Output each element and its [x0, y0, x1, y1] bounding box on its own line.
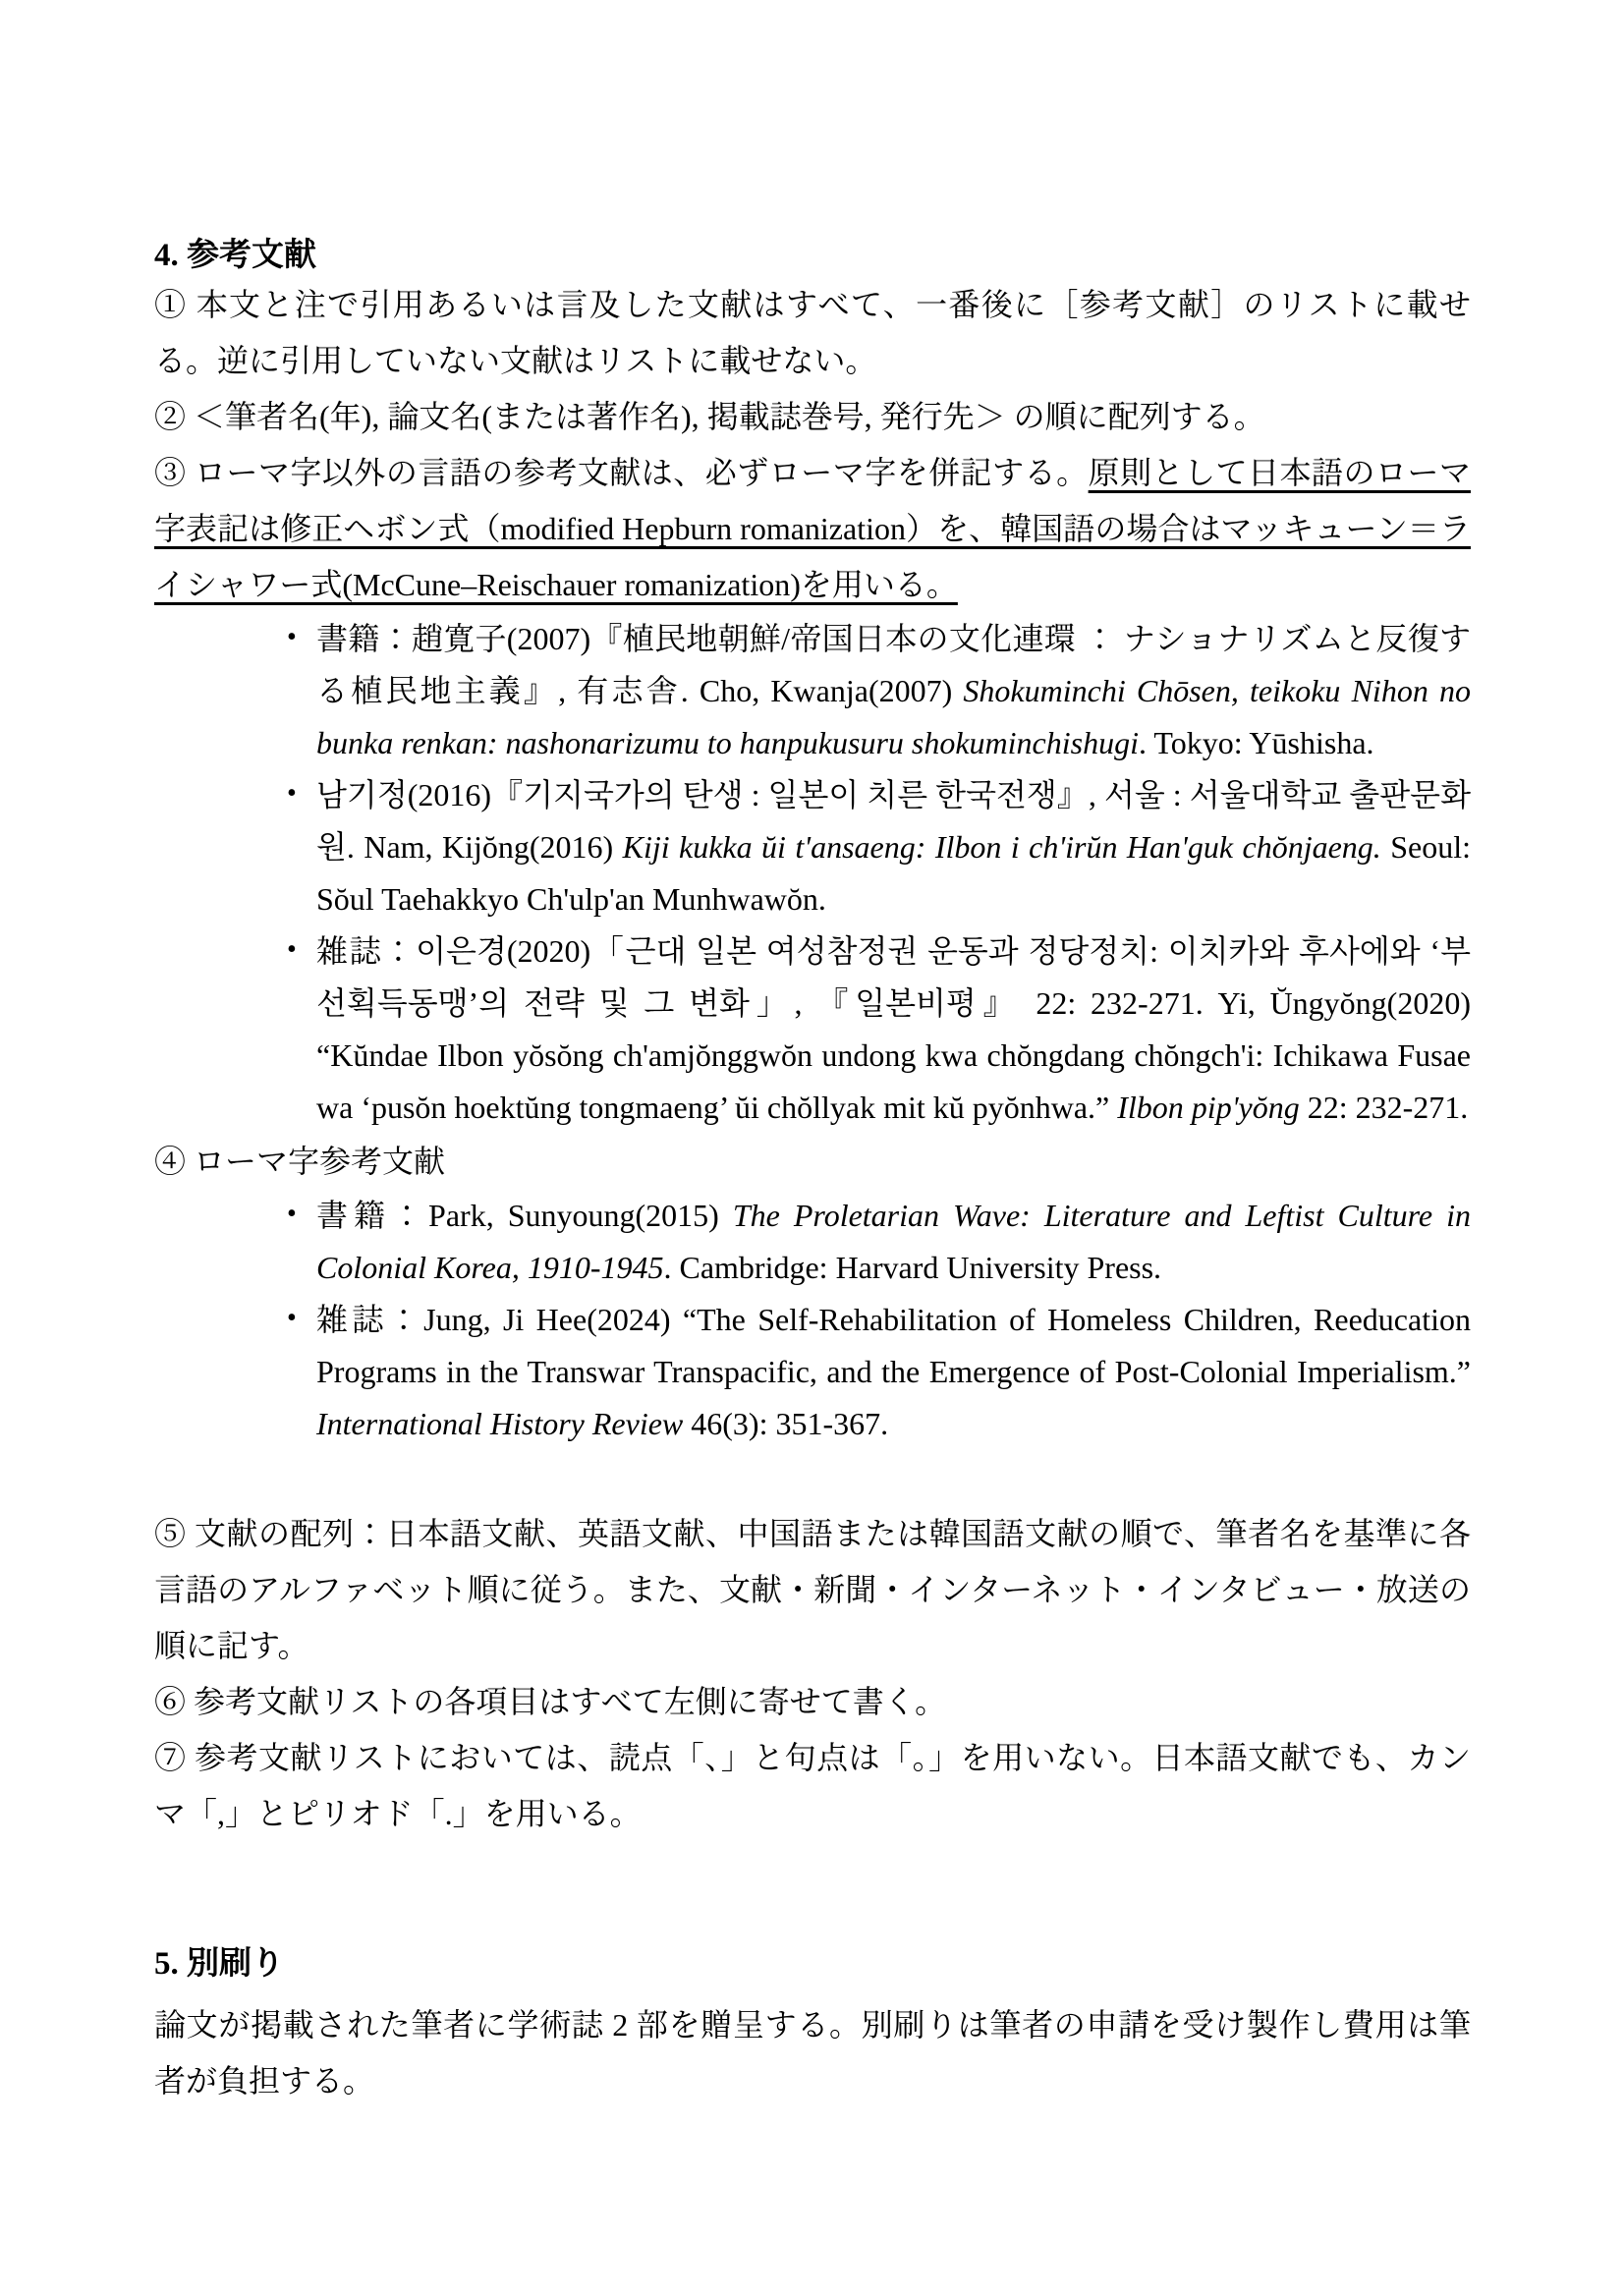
ref-post: . Cambridge: Harvard University Press.	[663, 1250, 1161, 1285]
ref-post: 22: 232-271.	[1300, 1090, 1469, 1125]
offprints-body: 論文が掲載された筆者に学術誌 2 部を贈呈する。別刷りは筆者の申請を受け製作し費…	[154, 1997, 1471, 2109]
rule-item-1: ① 本文と注で引用あるいは言及した文献はすべて、一番後に［参考文献］のリストに載…	[154, 277, 1471, 389]
section-offprints: 5. 別刷り 論文が掲載された筆者に学術誌 2 部を贈呈する。別刷りは筆者の申請…	[154, 1942, 1471, 2109]
rule-item-3-text: ③ ローマ字以外の言語の参考文献は、必ずローマ字を併記する。	[154, 455, 1089, 490]
ref-title-italic: Kiji kukka ŭi t'ansaeng: Ilbon i ch'irŭn…	[623, 829, 1381, 865]
rule-item-7: ⑦ 参考文献リストにおいては、読点「、」と句点は「。」を用いない。日本語文献でも…	[154, 1730, 1471, 1842]
bullet-icon: •	[287, 1292, 297, 1344]
rule-item-3: ③ ローマ字以外の言語の参考文献は、必ずローマ字を併記する。原則として日本語のロ…	[154, 445, 1471, 613]
section-references: 4. 参考文献 ① 本文と注で引用あるいは言及した文献はすべて、一番後に［参考文…	[154, 234, 1471, 1842]
bullet-icon: •	[287, 611, 297, 663]
bullet-icon: •	[287, 767, 297, 819]
reference-item-book-kr: •남기정(2016)『기지국가의 탄생 : 일본이 치른 한국전쟁』, 서울 :…	[154, 769, 1471, 925]
reference-item-book-en: •書籍：Park, Sunyoung(2015) The Proletarian…	[154, 1190, 1471, 1294]
page: 4. 参考文献 ① 本文と注で引用あるいは言及した文献はすべて、一番後に［参考文…	[0, 0, 1624, 2295]
bullet-icon: •	[287, 924, 297, 976]
section-4-heading: 4. 参考文献	[154, 234, 1471, 277]
bullet-icon: •	[287, 1188, 297, 1240]
rule-item-6: ⑥ 参考文献リストの各項目はすべて左側に寄せて書く。	[154, 1674, 1471, 1730]
rule-item-2: ② ＜筆者名(年), 論文名(または著作名), 掲載誌巻号, 発行先＞ の順に配…	[154, 389, 1471, 445]
reference-list-roman: •書籍：Park, Sunyoung(2015) The Proletarian…	[154, 1190, 1471, 1450]
reference-item-journal-kr: •雑誌：이은경(2020)「근대 일본 여성참정권 운동과 정당정치: 이치카와…	[154, 925, 1471, 1134]
reference-list-cjk: •書籍：趙寛子(2007)『植民地朝鮮/帝国日本の文化連環 ： ナショナリズムと…	[154, 613, 1471, 1134]
reference-item-journal-en: •雑誌：Jung, Ji Hee(2024) “The Self-Rehabil…	[154, 1294, 1471, 1450]
ref-pre: 雑誌：Jung, Ji Hee(2024) “The Self-Rehabili…	[316, 1302, 1471, 1389]
rule-item-5: ⑤ 文献の配列：日本語文献、英語文献、中国語または韓国語文献の順で、筆者名を基準…	[154, 1506, 1471, 1674]
ref-title-italic: International History Review	[316, 1406, 683, 1441]
ref-post: 46(3): 351-367.	[683, 1406, 888, 1441]
reference-item-book-jp: •書籍：趙寛子(2007)『植民地朝鮮/帝国日本の文化連環 ： ナショナリズムと…	[154, 613, 1471, 769]
ref-post: . Tokyo: Yūshisha.	[1139, 725, 1374, 760]
rule-item-4: ④ ローマ字参考文献	[154, 1134, 1471, 1190]
ref-title-italic: Ilbon pip'yŏng	[1117, 1090, 1299, 1125]
ref-pre: 書籍：Park, Sunyoung(2015)	[316, 1198, 733, 1233]
section-5-heading: 5. 別刷り	[154, 1942, 1471, 1986]
